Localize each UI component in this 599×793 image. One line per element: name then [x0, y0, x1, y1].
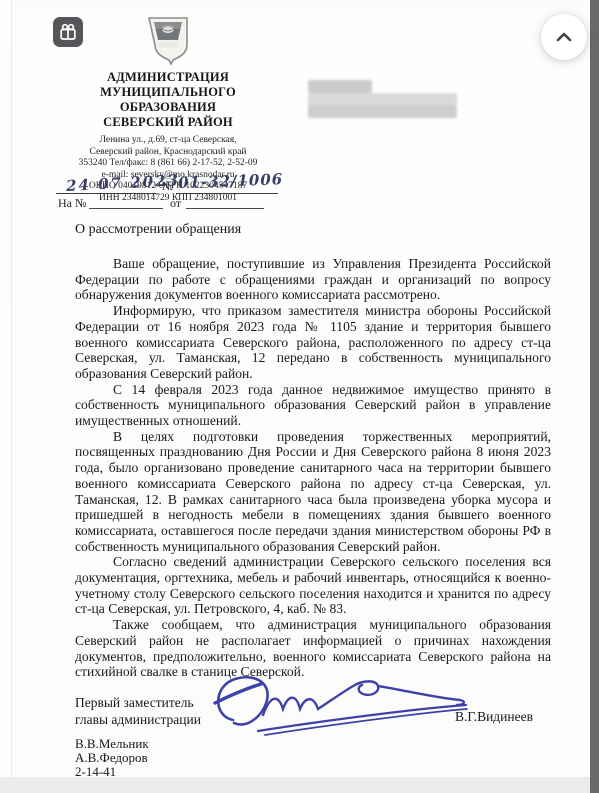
gift-button[interactable]	[53, 17, 83, 47]
number-sign: №	[162, 179, 173, 194]
address-line: Северский район, Краснодарский край	[52, 147, 284, 159]
viewer-screen: АДМИНИСТРАЦИЯ МУНИЦИПАЛЬНОГО ОБРАЗОВАНИЯ…	[0, 0, 599, 793]
reply-blank-line	[89, 208, 163, 209]
address-line: Ленина ул., д.69, ст-ца Северская,	[52, 135, 284, 147]
chevron-up-icon	[552, 25, 576, 49]
paragraph: В целях подготовки проведения торжествен…	[75, 429, 551, 555]
redaction-bar	[308, 93, 457, 105]
org-name-line: СЕВЕРСКИЙ РАЙОН	[52, 115, 284, 130]
scroll-top-button[interactable]	[541, 14, 587, 60]
executor-name: В.В.Мельник	[75, 737, 149, 751]
subject-line: О рассмотрении обращения	[75, 222, 241, 238]
date-blank-line	[56, 193, 156, 194]
number-blank-line	[176, 193, 278, 194]
handwritten-signature	[203, 672, 478, 742]
redaction-bar	[308, 80, 372, 93]
paragraph: Информирую, что приказом заместителя мин…	[75, 303, 551, 382]
paragraph: С 14 февраля 2023 года данное недвижимое…	[75, 382, 551, 429]
reply-reference-row: На № от	[58, 196, 298, 212]
scrollbar-thumb[interactable]	[590, 0, 599, 793]
paragraph: Согласно сведений администрации Северско…	[75, 554, 551, 617]
letter-body: Ваше обращение, поступившие из Управлени…	[75, 256, 551, 680]
org-name-line: МУНИЦИПАЛЬНОГО ОБРАЗОВАНИЯ	[52, 85, 284, 115]
coat-of-arms-icon	[145, 16, 191, 66]
document-page: АДМИНИСТРАЦИЯ МУНИЦИПАЛЬНОГО ОБРАЗОВАНИЯ…	[11, 0, 589, 777]
handwritten-number: 01-32/1006	[178, 170, 284, 192]
reply-blank-line	[186, 208, 264, 209]
redaction-bar	[308, 105, 457, 118]
address-line: 353240 Тел/факс: 8 (861 66) 2-17-52, 2-5…	[52, 158, 284, 170]
redacted-addressee	[308, 80, 457, 118]
executor-name: А.В.Федоров	[75, 751, 149, 765]
org-name-line: АДМИНИСТРАЦИЯ	[52, 70, 284, 85]
background-strip	[0, 777, 599, 793]
paragraph: Ваше обращение, поступившие из Управлени…	[75, 256, 551, 303]
reply-na-label: На №	[58, 196, 86, 211]
reply-ot-label: от	[170, 196, 181, 211]
executors-block: В.В.Мельник А.В.Федоров 2-14-41	[75, 737, 149, 779]
gift-icon	[58, 22, 78, 42]
paragraph: Также сообщаем, что администрация муници…	[75, 617, 551, 680]
outgoing-stamp: 24 07 2023 № 01-32/1006	[56, 173, 296, 197]
